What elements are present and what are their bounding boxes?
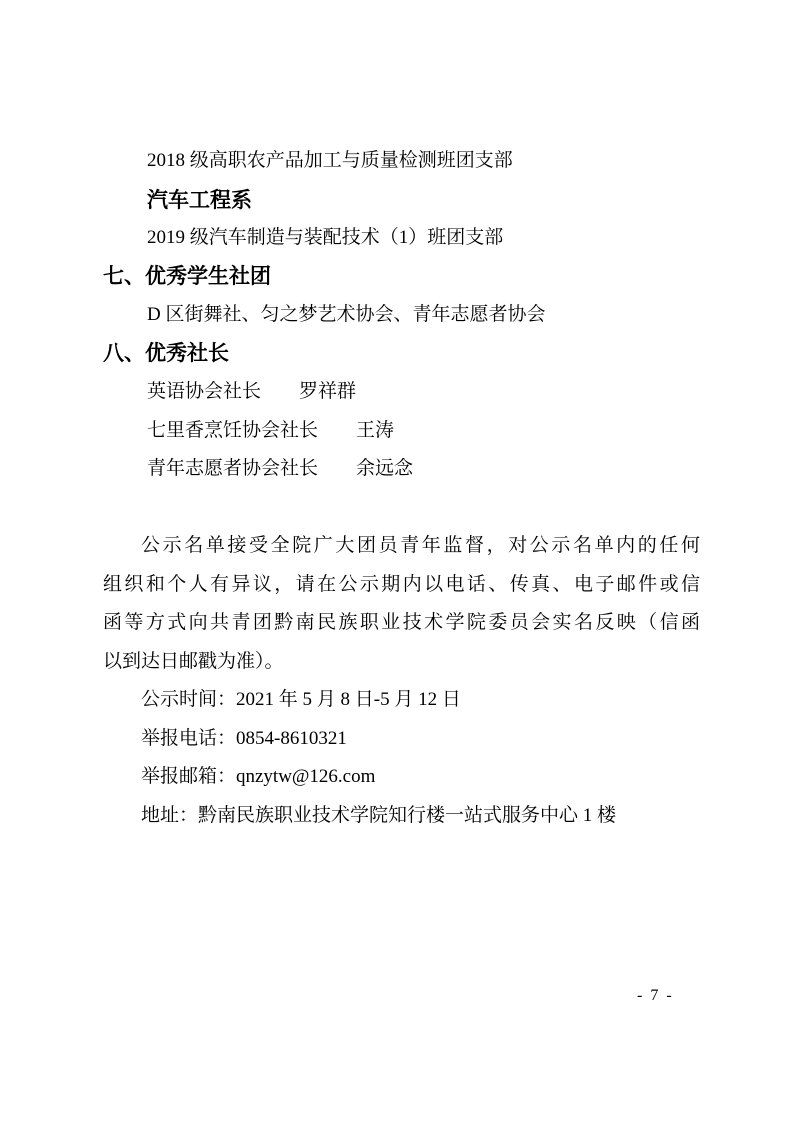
notice-line: 公示名单接受全院广大团员青年监督，对公示名单内的任何 [103, 527, 700, 566]
class-branch-line: 2018 级高职农产品加工与质量检测班团支部 [147, 142, 700, 181]
club-list-line: D 区街舞社、匀之梦艺术协会、青年志愿者协会 [147, 296, 700, 335]
contact-line-time: 公示时间：2021 年 5 月 8 日-5 月 12 日 [103, 681, 700, 720]
class-branch-line: 2019 级汽车制造与装配技术（1）班团支部 [147, 219, 700, 258]
dept-heading: 汽车工程系 [147, 181, 700, 220]
section-7-heading: 七、优秀学生社团 [103, 258, 700, 297]
president-line: 英语协会社长 罗祥群 [147, 373, 700, 412]
section-8-heading: 八、优秀社长 [103, 335, 700, 374]
notice-line: 组织和个人有异议，请在公示期内以电话、传真、电子邮件或信 [103, 566, 700, 605]
notice-line: 以到达日邮戳为准）。 [103, 643, 700, 682]
notice-line: 函等方式向共青团黔南民族职业技术学院委员会实名反映（信函 [103, 604, 700, 643]
contact-line-address: 地址：黔南民族职业技术学院知行楼一站式服务中心 1 楼 [103, 797, 700, 836]
president-line: 青年志愿者协会社长 余远念 [147, 450, 700, 489]
contact-line-email: 举报邮箱：qnzytw@126.com [103, 758, 700, 797]
blank-line [103, 489, 700, 528]
contact-line-phone: 举报电话：0854-8610321 [103, 720, 700, 759]
document-page: 2018 级高职农产品加工与质量检测班团支部 汽车工程系 2019 级汽车制造与… [0, 0, 793, 1122]
document-body: 2018 级高职农产品加工与质量检测班团支部 汽车工程系 2019 级汽车制造与… [103, 142, 700, 835]
page-number: - 7 - [637, 987, 674, 1005]
president-line: 七里香烹饪协会社长 王涛 [147, 412, 700, 451]
